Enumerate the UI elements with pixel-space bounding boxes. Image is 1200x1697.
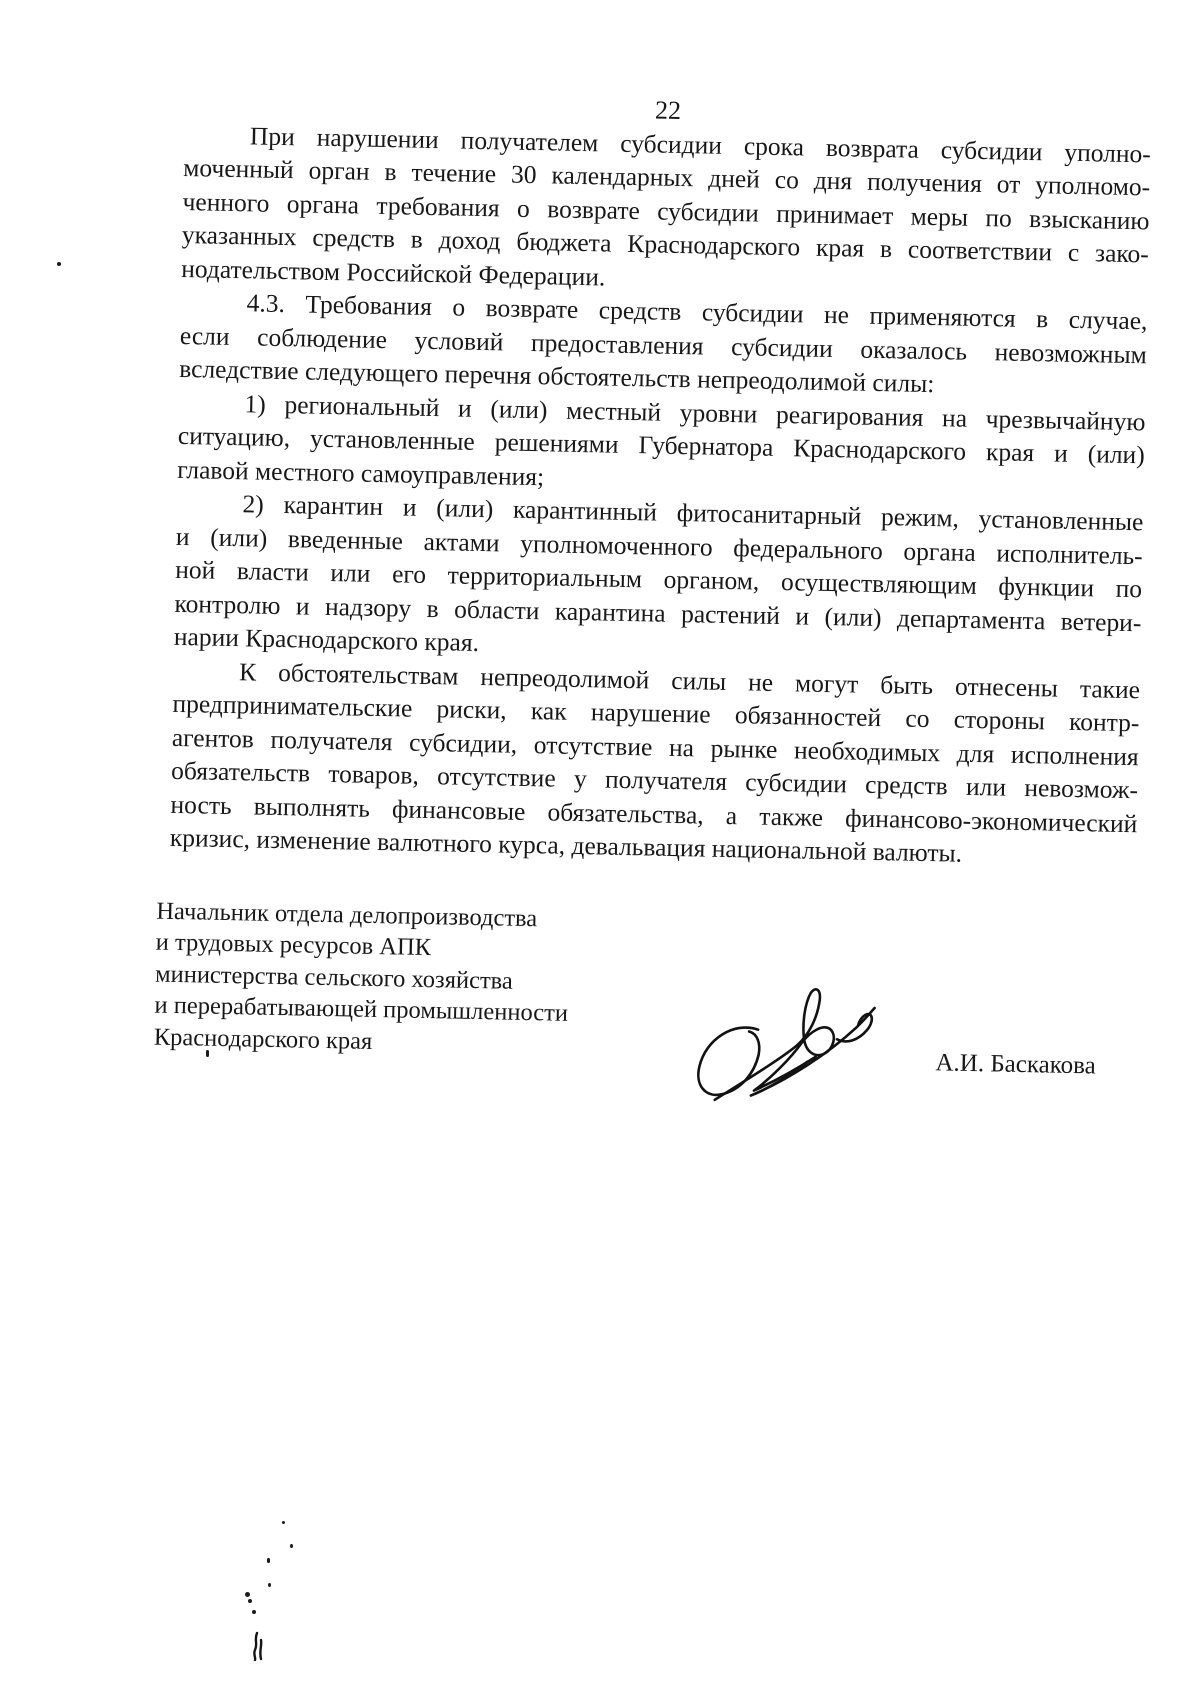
scan-artifact	[252, 1610, 256, 1614]
scan-artifact	[267, 1558, 270, 1563]
scan-artifact	[282, 1521, 285, 1524]
handwritten-signature-icon	[695, 980, 880, 1112]
paragraph: 4.3. Требования о возврате средств субси…	[179, 285, 1148, 405]
scan-artifact-squiggle	[250, 1631, 268, 1661]
document-page: { "page": { "number": "22", "background_…	[0, 0, 1200, 1697]
signer-titles: Начальник отдела делопроизводстваи трудо…	[154, 895, 1136, 1072]
page-content: 22 При нарушении получателем субсидии ср…	[162, 84, 1152, 1255]
scan-artifact	[457, 846, 461, 850]
scan-artifact	[245, 1592, 250, 1597]
scan-artifact	[268, 1583, 271, 1587]
scan-artifact	[206, 1050, 209, 1057]
document-body: При нарушении получателем субсидии срока…	[170, 117, 1152, 873]
scan-artifact	[290, 1544, 293, 1548]
paragraph: При нарушении получателем субсидии срока…	[181, 117, 1151, 304]
scan-artifact	[57, 262, 61, 266]
scan-artifact	[248, 1599, 252, 1603]
paragraph: К обстоятельствам непреодолимой силы не …	[170, 653, 1141, 873]
signer-name: А.И. Баскакова	[935, 1049, 1096, 1080]
paragraph: 1) региональный и (или) местный уровни р…	[177, 385, 1146, 505]
signature-block: Начальник отдела делопроизводстваи трудо…	[162, 895, 1136, 1254]
paragraph: 2) карантин и (или) карантинный фитосани…	[174, 486, 1144, 673]
